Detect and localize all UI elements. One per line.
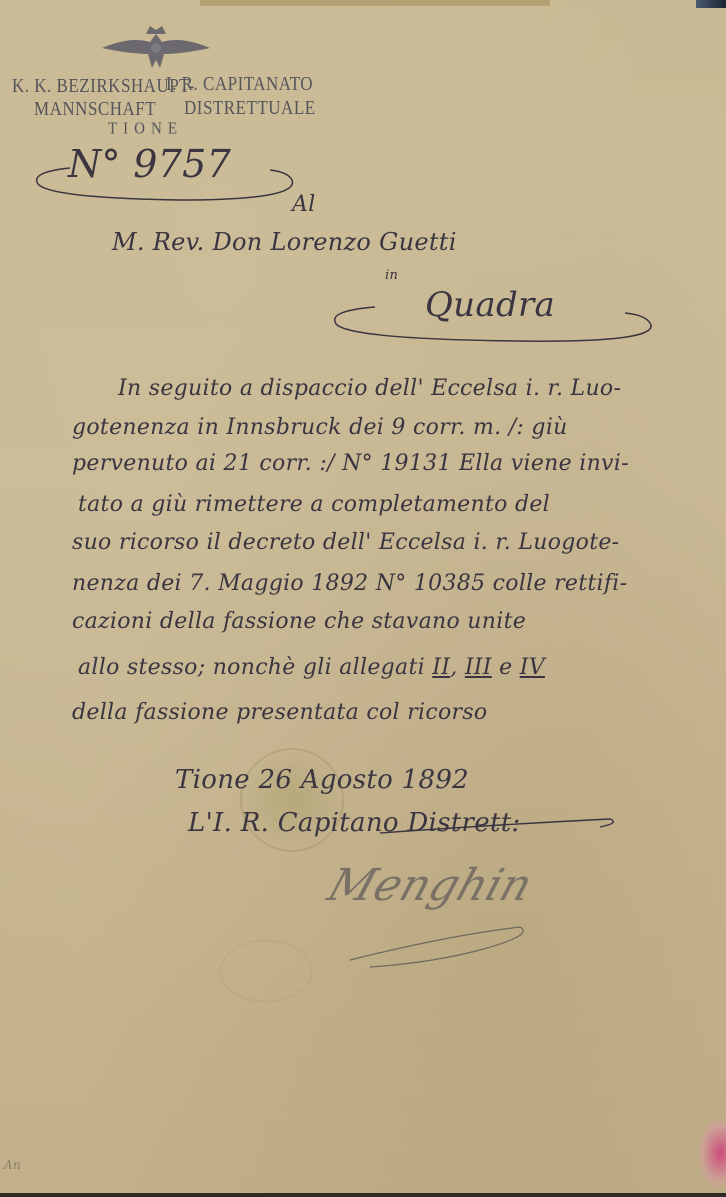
body-line-with-annexes: allo stesso; nonchè gli allegati II, III…: [78, 655, 545, 680]
body-line: In seguito a dispaccio dell' Eccelsa i. …: [118, 376, 621, 401]
signature: Menghin: [322, 860, 539, 911]
double-headed-eagle-icon: [100, 24, 212, 74]
signoff-flourish: [370, 805, 620, 845]
faded-seal-impression: [220, 940, 312, 1002]
letterhead-italian-line-2: DISTRETTUALE: [184, 97, 316, 120]
scan-background-corner: [696, 0, 726, 8]
body-line: suo ricorso il decreto dell' Eccelsa i. …: [72, 530, 619, 555]
annex-separator: ,: [450, 655, 457, 680]
protocol-number: N° 9757: [68, 142, 231, 186]
body-line: gotenenza in Innsbruck dei 9 corr. m. /:…: [72, 415, 568, 440]
folder-edge: [200, 0, 550, 6]
body-line: pervenuto ai 21 corr. :/ N° 19131 Ella v…: [72, 451, 629, 476]
letterhead-italian-line-1: I. R. CAPITANATO: [166, 73, 313, 96]
dateline: Tione 26 Agosto 1892: [175, 765, 469, 795]
letterhead-city: TIONE: [108, 120, 183, 140]
document-page: K. K. BEZIRKSHAUPT- I. R. CAPITANATO MAN…: [0, 0, 726, 1197]
annex-numeral: III: [465, 655, 492, 680]
salutation: Al: [292, 192, 316, 217]
place-preposition: in: [385, 268, 398, 283]
corner-pencil-note: An: [4, 1158, 21, 1172]
body-line: nenza dei 7. Maggio 1892 N° 10385 colle …: [72, 571, 627, 596]
scan-bottom-edge: [0, 1193, 726, 1197]
body-line: cazioni della fassione che stavano unite: [72, 609, 526, 634]
place-name: Quadra: [425, 285, 555, 325]
letterhead-german-line-2: MANNSCHAFT: [34, 98, 156, 121]
pink-stain: [698, 1118, 726, 1188]
body-line: tato a giù rimettere a completamento del: [78, 492, 550, 517]
letterhead-stamp: K. K. BEZIRKSHAUPT- I. R. CAPITANATO MAN…: [0, 10, 320, 130]
signature-flourish: [330, 905, 540, 975]
body-line: della fassione presentata col ricorso: [72, 700, 487, 725]
annex-numeral: II: [432, 655, 450, 680]
body-line-text: allo stesso; nonchè gli allegati: [78, 655, 425, 680]
addressee: M. Rev. Don Lorenzo Guetti: [112, 228, 457, 256]
annex-conjunction: e: [499, 655, 512, 680]
annex-numeral: IV: [520, 655, 545, 680]
